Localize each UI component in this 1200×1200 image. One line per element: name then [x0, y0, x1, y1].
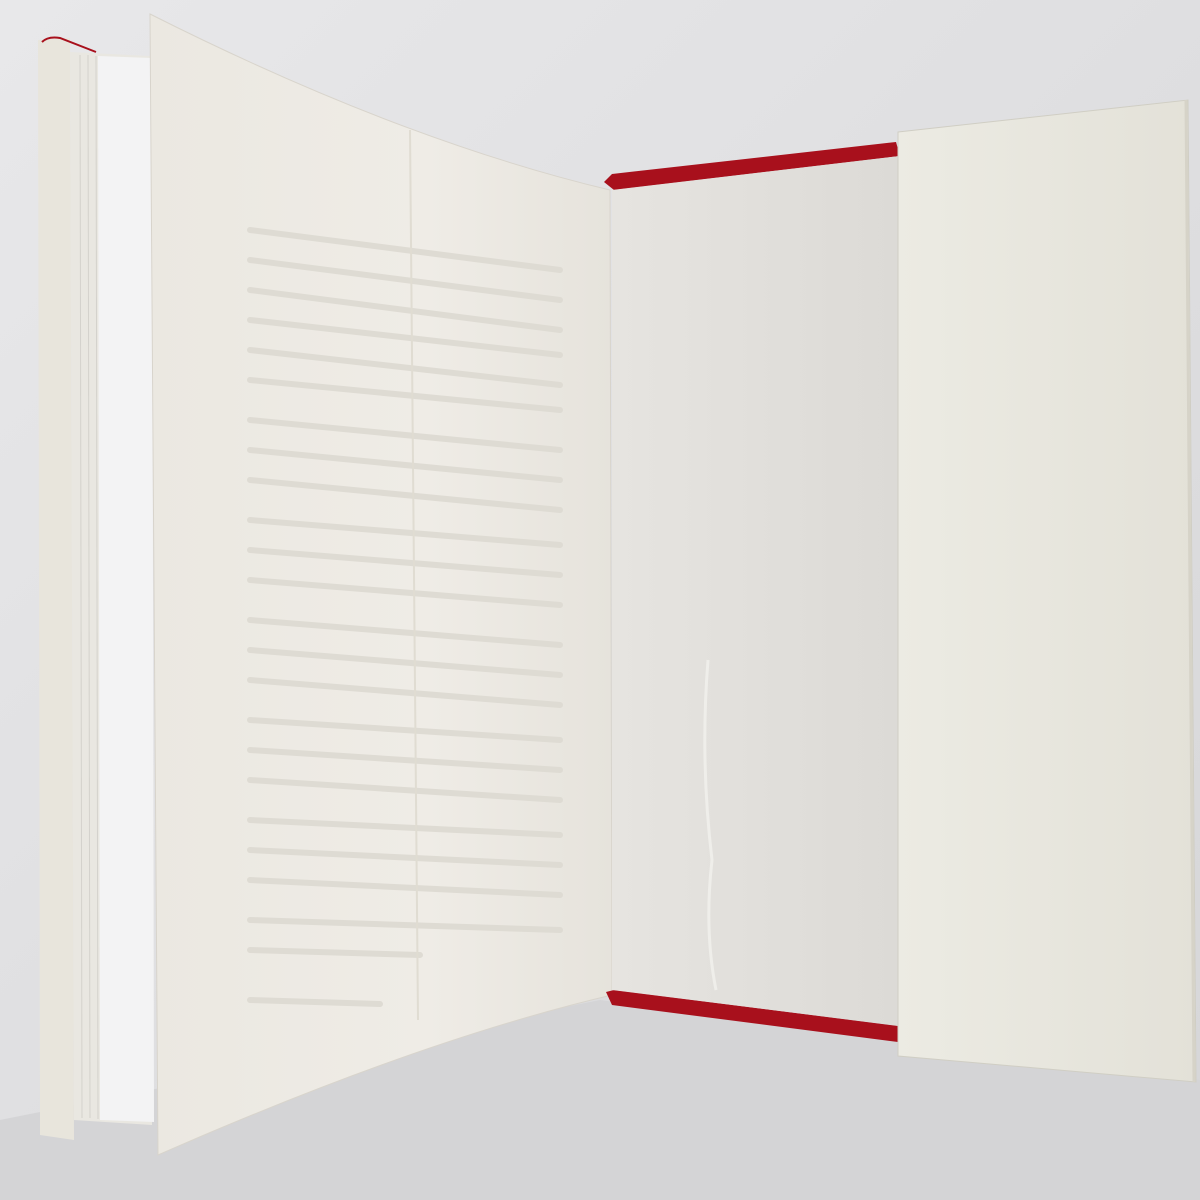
left-page [150, 14, 612, 1155]
book-photo [0, 0, 1200, 1200]
page-block-shadow [98, 56, 154, 1122]
endpaper [612, 156, 900, 1026]
left-cover-edge [38, 38, 74, 1140]
book-illustration [0, 0, 1200, 1200]
dust-jacket-flap [898, 100, 1196, 1082]
